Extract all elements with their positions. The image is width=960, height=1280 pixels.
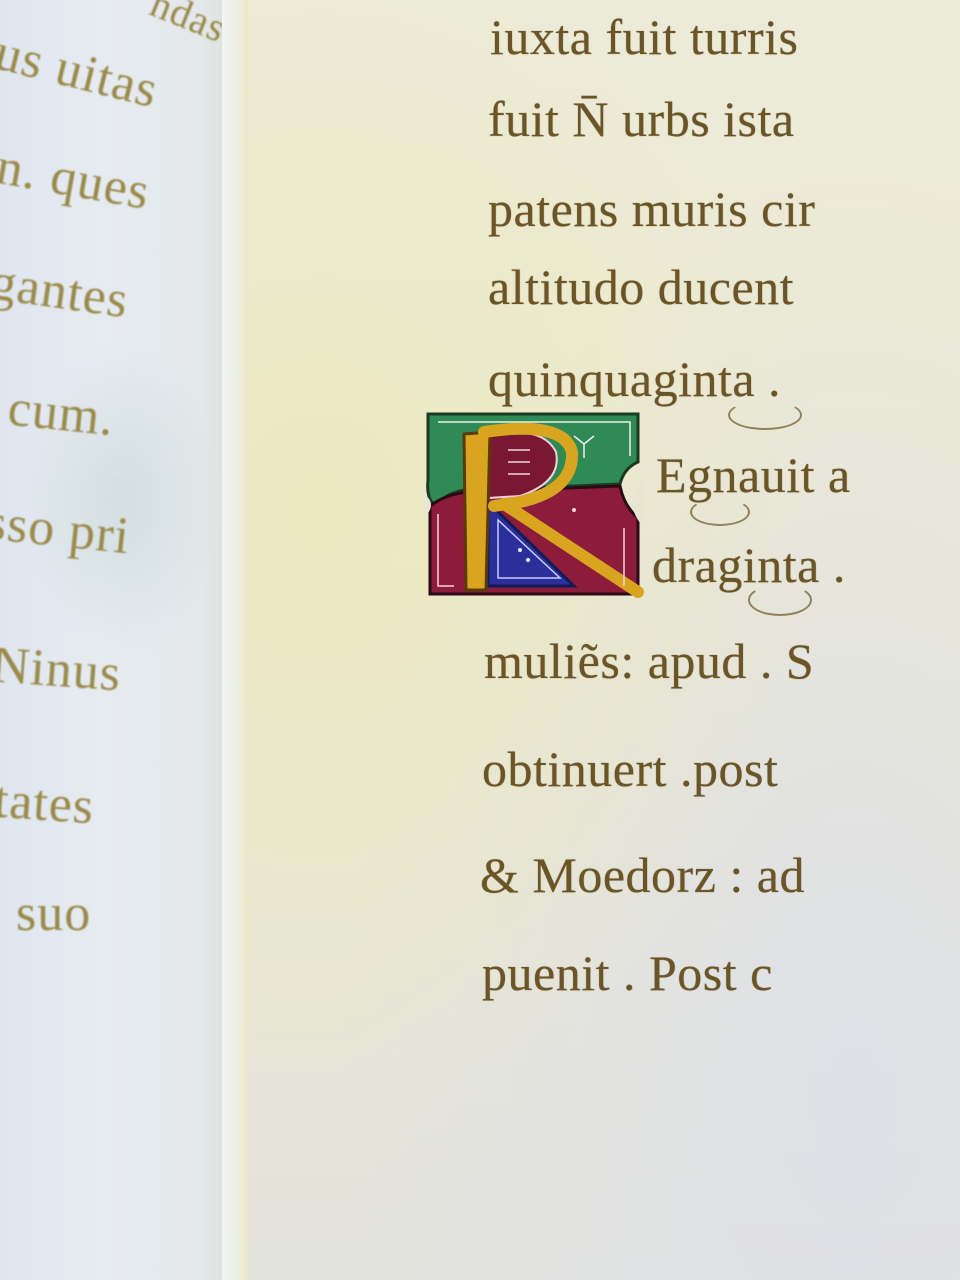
left-text-line: tates [0, 771, 96, 837]
illuminated-initial [424, 410, 644, 598]
descender-flourish [748, 584, 812, 616]
left-text-line: gantes [0, 253, 132, 331]
right-text-line: quinquaginta . [488, 350, 781, 408]
right-text-line: Egnauit a [656, 446, 851, 504]
left-text-line: n. ques [0, 137, 154, 222]
left-text-line: us uitas [0, 23, 164, 120]
manuscript-photo: ndas us uitas n. ques gantes cum. sso pr… [0, 0, 960, 1280]
descender-flourish [690, 498, 750, 526]
left-text-line: suo [16, 884, 91, 943]
right-text-line: muliẽs: apud . S [484, 632, 814, 690]
right-text-line: obtinuert .post [482, 740, 778, 798]
right-text-line: patens muris cir [488, 180, 815, 238]
right-text-line: & Moedorz : ad [480, 846, 805, 904]
left-text-line: Ninus [0, 636, 123, 704]
right-text-line: fuit N̄ urbs ista [488, 90, 795, 148]
right-text-line: puenit . Post c [482, 944, 773, 1002]
left-text-line: ndas [144, 0, 233, 52]
left-page: ndas us uitas n. ques gantes cum. sso pr… [0, 0, 250, 1280]
right-text-line: altitudo ducent [488, 258, 794, 316]
illuminated-r-icon [424, 410, 644, 598]
descender-flourish [728, 400, 802, 430]
left-text-line: cum. [5, 379, 117, 449]
right-text-line: iuxta fuit turris [490, 8, 798, 66]
right-text-line: draginta . [652, 536, 846, 594]
